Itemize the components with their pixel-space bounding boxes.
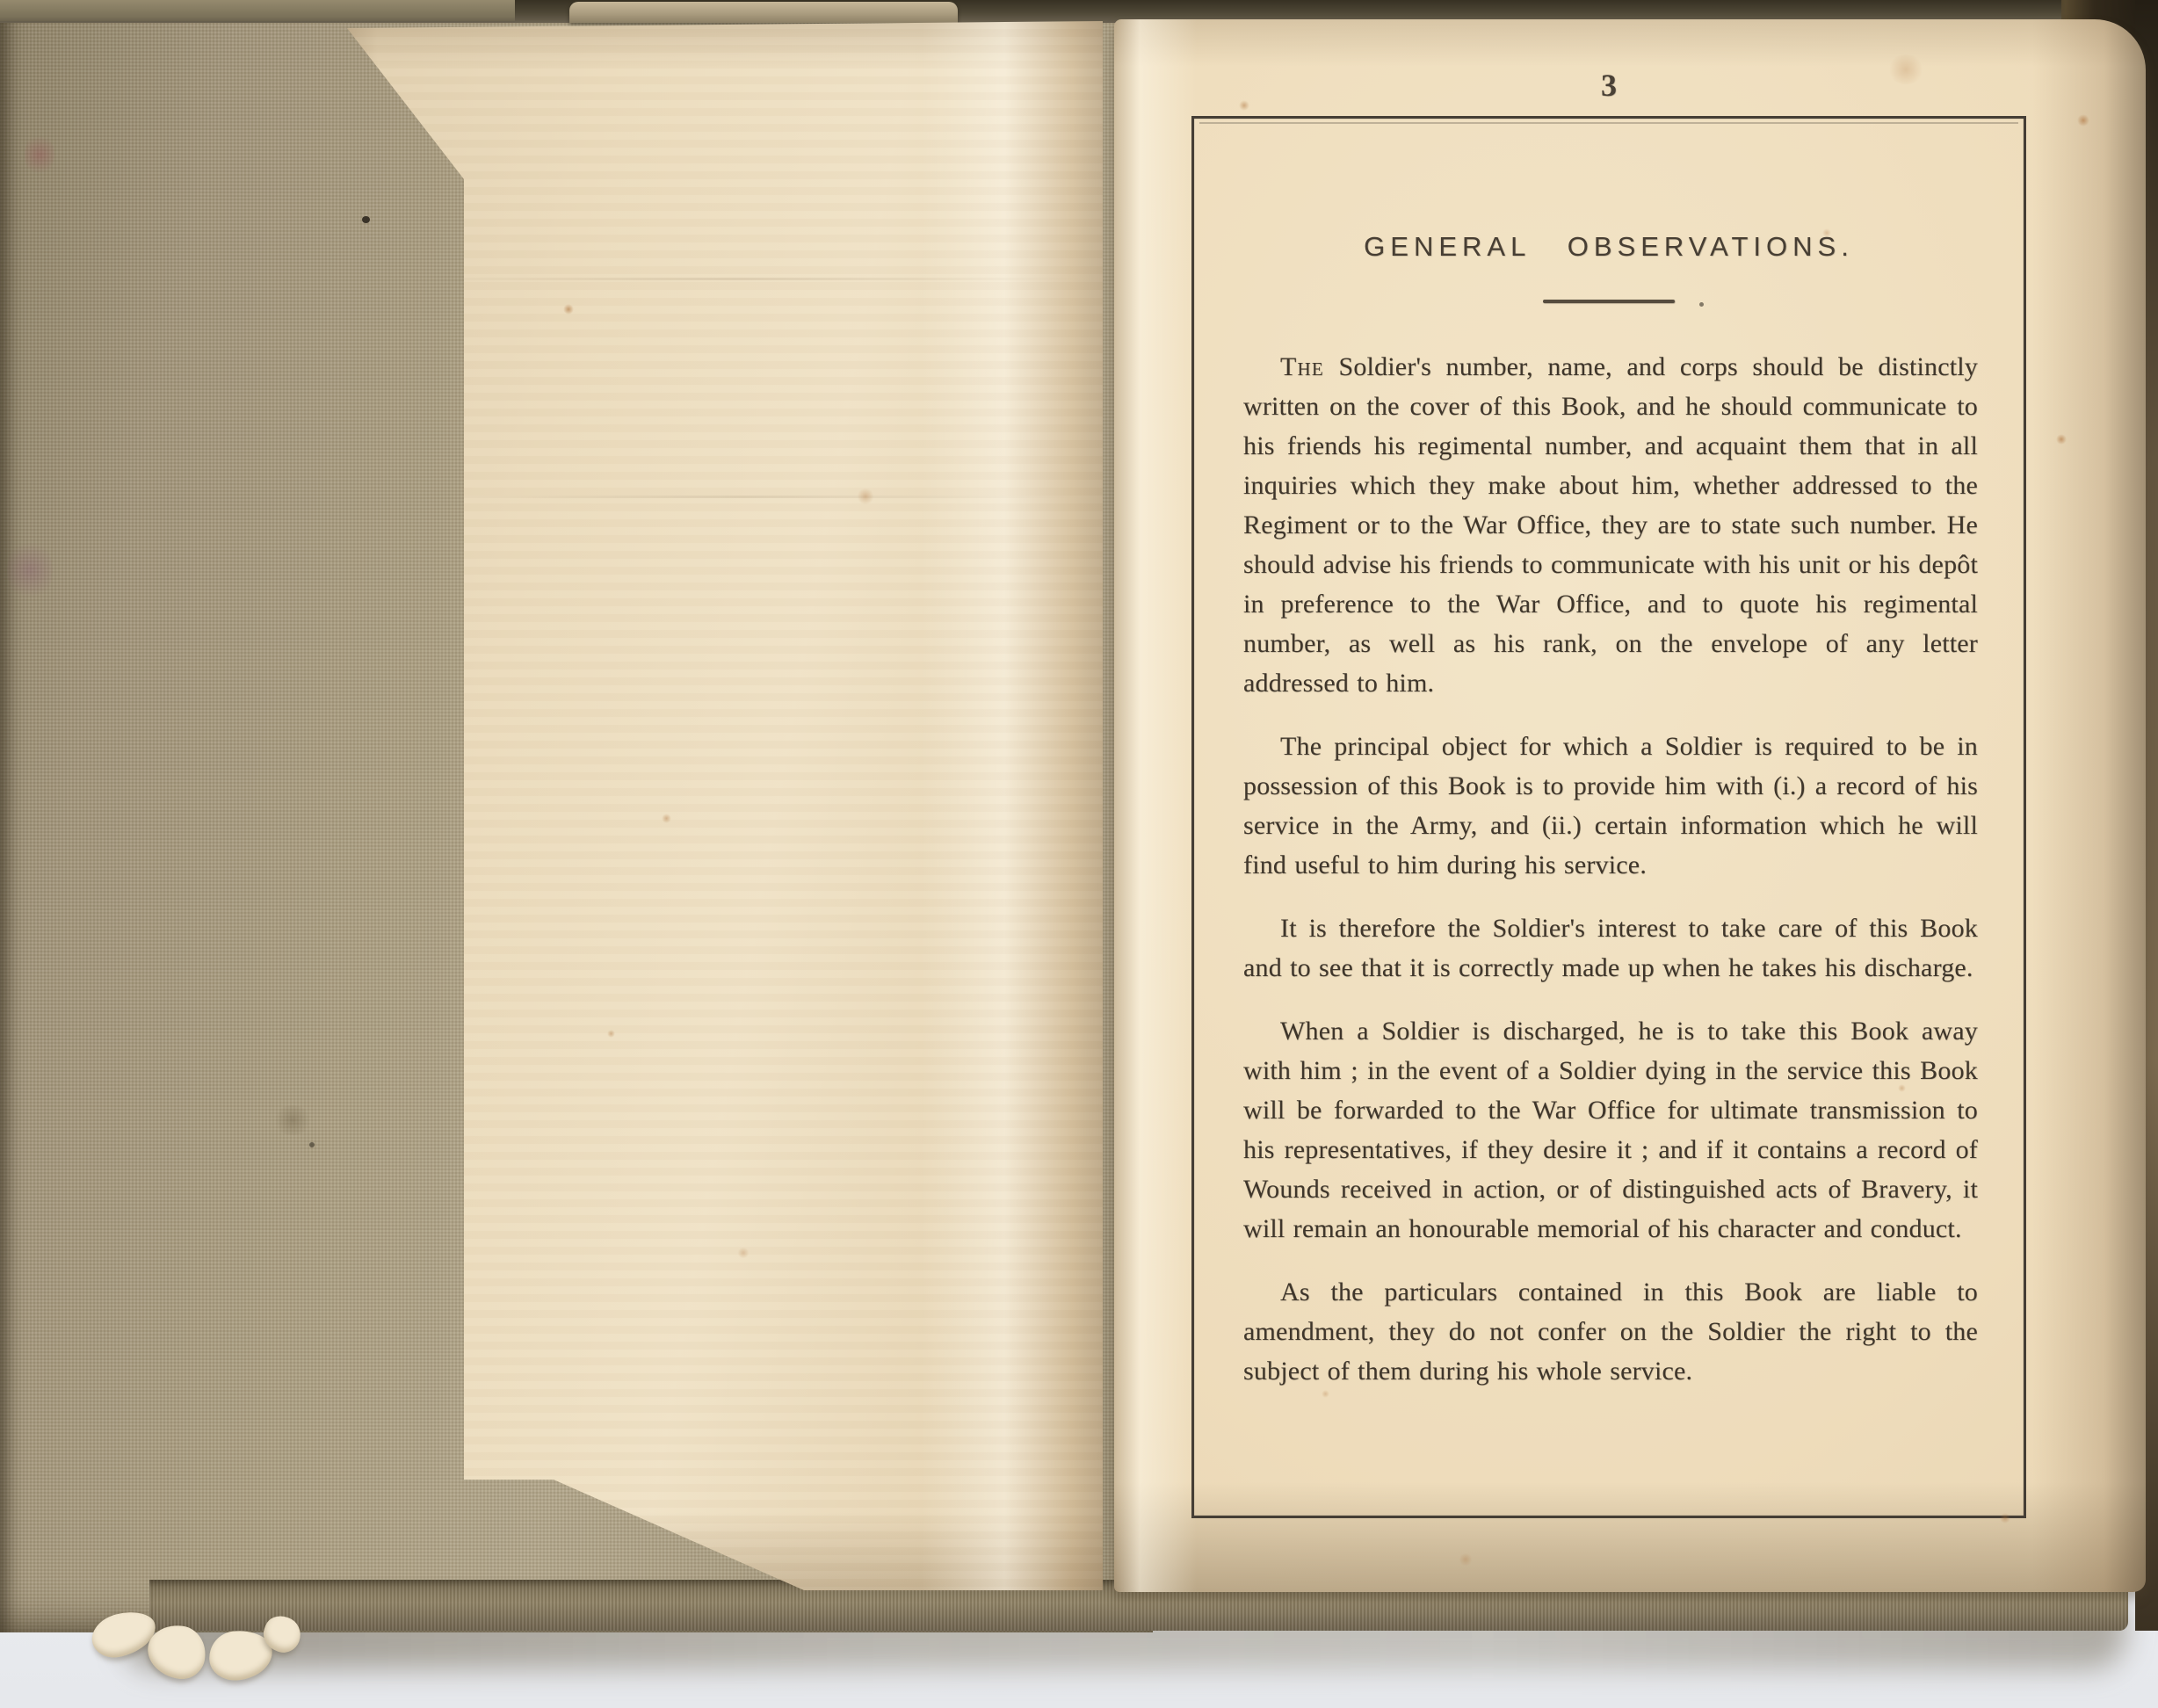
paragraph: It is therefore the Soldier's interest t… (1243, 908, 1978, 988)
foxing-spot (857, 489, 874, 504)
foxing-spot (1887, 54, 1924, 84)
section-divider-rule (1543, 300, 1675, 303)
stain (272, 1105, 313, 1135)
dirt-speck (1699, 302, 1704, 307)
paper-crease (400, 496, 1085, 498)
foxing-spot (2077, 114, 2089, 127)
foxing-spot (1898, 1084, 1906, 1092)
foxing-spot (2056, 434, 2067, 445)
small-caps-lead-word: The (1280, 352, 1324, 381)
text-border-frame: GENERAL OBSERVATIONS. The Soldier's numb… (1191, 116, 2026, 1518)
spine-cloth-highlight (569, 2, 958, 23)
foxing-spot (1822, 228, 1831, 237)
foxing-spot (1322, 1390, 1329, 1398)
scanned-book-spread: 3 GENERAL OBSERVATIONS. The Soldier's nu… (0, 0, 2158, 1708)
ink-smudge (25, 132, 54, 177)
observations-text: The Soldier's number, name, and corps sh… (1243, 347, 1978, 1391)
foxing-spot (563, 304, 574, 315)
paragraph: The principal object for which a Soldier… (1243, 727, 1978, 885)
foxing-spot (662, 814, 671, 823)
foxing-spot (1239, 100, 1249, 111)
dirt-speck (362, 216, 370, 223)
foxing-spot (607, 1030, 615, 1038)
foxing-spot (737, 1248, 750, 1258)
paragraph: As the particulars contained in this Boo… (1243, 1272, 1978, 1391)
dirt-speck (309, 1142, 315, 1147)
cloth-top-turn-in (0, 0, 515, 21)
paper-crease (382, 278, 1085, 280)
paragraph: The Soldier's number, name, and corps sh… (1243, 347, 1978, 703)
section-heading: GENERAL OBSERVATIONS. (1194, 231, 2024, 263)
foxing-spot (2000, 1513, 2010, 1523)
foxing-spot (1459, 1553, 1473, 1566)
paragraph: When a Soldier is discharged, he is to t… (1243, 1011, 1978, 1248)
ink-smudge (7, 538, 53, 603)
printed-page: 3 GENERAL OBSERVATIONS. The Soldier's nu… (1114, 19, 2146, 1592)
